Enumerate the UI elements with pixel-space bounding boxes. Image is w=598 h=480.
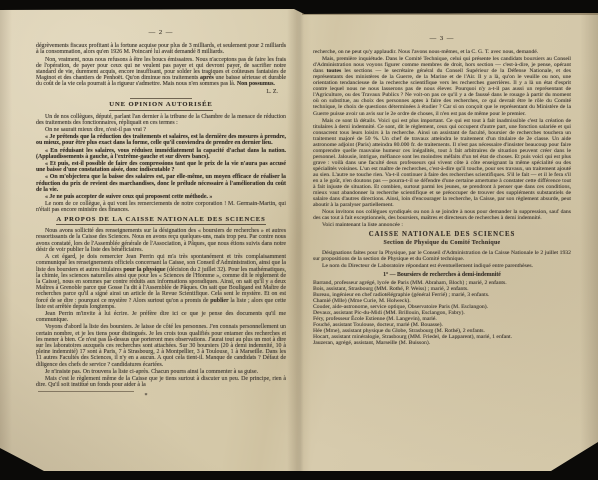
section-heading-opinion: UNE OPINION AUTORISÉE	[36, 102, 286, 111]
page-edge-shadow	[302, 13, 598, 15]
page-3: — 3 — recherche, on ne peut qu'y applaud…	[313, 36, 571, 346]
paragraph: Le nom du Directeur de Laboratoire répon…	[313, 263, 571, 269]
paragraph: Je n'insiste pas. On trouvera la liste c…	[36, 369, 286, 375]
paragraph-quote: « En réduisant les salaires, vous réduis…	[36, 148, 286, 160]
page-2: — 2 — dégrèvements fiscaux profitant à l…	[36, 30, 286, 400]
paragraph: Nous avons sollicité des renseignements …	[36, 228, 286, 253]
paragraph: Désignations faites pour la Physique, pa…	[313, 250, 571, 262]
heading-boursiers-list: 1° — Boursiers de recherches à demi-inde…	[313, 272, 571, 278]
section-separator-rule	[130, 98, 192, 99]
heading-caisse-nationale: CAISSE NATIONALE DES SCIENCES	[313, 232, 571, 238]
page-number: — 3 —	[313, 36, 571, 42]
paragraph-quote: « Je prétends que la réduction des trait…	[36, 134, 286, 146]
section-heading-caisse: A PROPOS DE LA CAISSE NATIONALE DES SCIE…	[36, 217, 286, 226]
paragraph: Voici maintenant la liste annoncée :	[313, 222, 571, 228]
paragraph: Un de nos collègues, député, parlant l'a…	[36, 114, 286, 126]
paragraph-carryover: recherche, on ne peut qu'y applaudir. No…	[313, 49, 571, 55]
heading-section-physique: Section de Physique du Comité Technique	[313, 240, 571, 246]
paragraph: Jean Perrin m'invite à lui écrire. Je pr…	[36, 311, 286, 323]
paragraph: Mais, première inquiétude. Dans le Comit…	[313, 56, 571, 116]
list-item: Jauzeran, agrégé, assistant, Marseille (…	[313, 340, 571, 346]
scanned-booklet-spread: — 2 — dégrèvements fiscaux profitant à l…	[0, 0, 598, 480]
paragraph: Voyons d'abord la liste des boursiers. J…	[36, 324, 286, 367]
author-initials: L. Z.	[36, 89, 286, 95]
boursiers-list: Barrand, professeur agrégé, lycée de Par…	[313, 280, 571, 347]
paragraph: Nous invitons nos collègues syndiqués ou…	[313, 209, 571, 221]
paragraph-quote: « Je ne puis accepter de suivre ceux qui…	[36, 194, 286, 200]
paragraph: On ne saurait mieux dire, n'est-il pas v…	[36, 127, 286, 133]
paragraph-quote: « Et puis, est-il possible de faire des …	[36, 161, 286, 173]
paragraph: A cet égard, je dois remercier Jean Perr…	[36, 254, 286, 310]
page-number: — 2 —	[36, 30, 286, 36]
footnote-rule	[38, 391, 134, 392]
paragraph-quote: « On m'objectera que la baisse des salai…	[36, 174, 286, 193]
paragraph-carryover: dégrèvements fiscaux profitant à la fort…	[36, 43, 286, 55]
paragraph: Le nom de ce collègue, à qui vont les re…	[36, 201, 286, 213]
paragraph: Mais c'est le règlement même de la Caiss…	[36, 376, 286, 388]
page-fold	[287, 0, 311, 480]
paragraph-refusal: Non, vraiment, nous nous refusons à être…	[36, 57, 286, 88]
footnote-mark: *	[36, 393, 256, 399]
paragraph: Mais ce sont là détails. Voici qui est p…	[313, 118, 571, 209]
